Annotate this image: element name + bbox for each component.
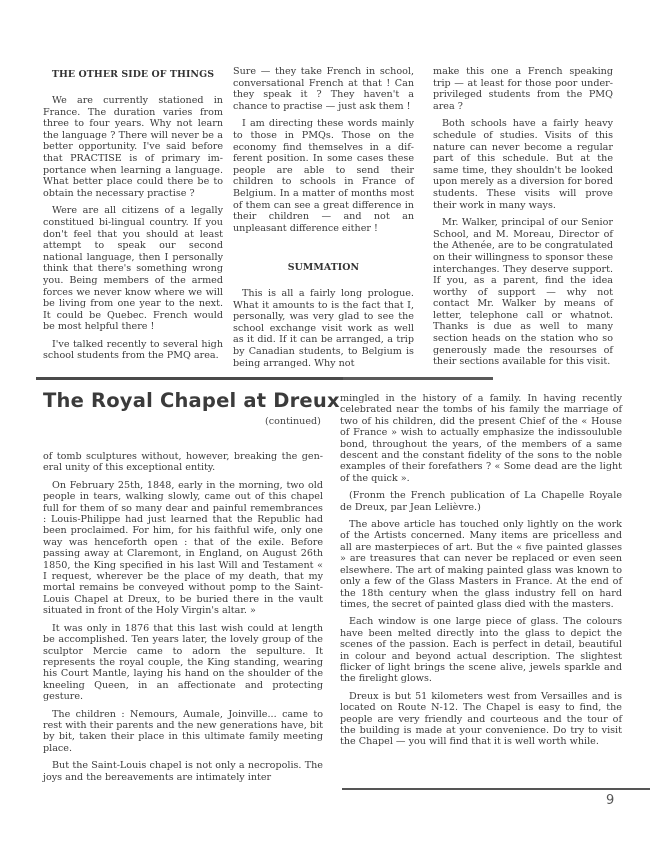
column-other-side-2: Sure — they take French in school, conve… <box>233 66 414 240</box>
article-title: The Royal Chapel at Dreux <box>43 389 340 412</box>
article-column-1: of tomb sculptures without, however, bre… <box>43 451 323 789</box>
paragraph: Dreux is but 51 kilometers west from Ver… <box>340 691 622 748</box>
paragraph: On February 25th, 1848, early in the mor… <box>43 480 323 617</box>
paragraph: But the Saint-Louis chapel is not only a… <box>43 760 323 783</box>
section-heading-summation: SUMMATION <box>233 262 414 273</box>
column-other-side-3: make this one a French speaking trip — a… <box>433 66 613 374</box>
paragraph: Mr. Walker, principal of our Senior Scho… <box>433 217 613 368</box>
paragraph: I've talked recently to several high sch… <box>43 339 223 362</box>
paragraph: It was only in 1876 that this last wish … <box>43 623 323 703</box>
paragraph: Sure — they take French in school, conve… <box>233 66 414 112</box>
column-summation: This is all a fairly long prologue. What… <box>233 288 414 375</box>
paragraph: This is all a fairly long prologue. What… <box>233 288 414 369</box>
paragraph: The children : Nemours, Aumale, Joinvill… <box>43 709 323 755</box>
continued-label: (continued) <box>265 416 321 427</box>
paragraph: I am directing these words mainly to tho… <box>233 118 414 234</box>
paragraph: We are currently stationed in France. Th… <box>43 95 223 199</box>
article-column-2: mingled in the history of a family. In h… <box>340 393 622 754</box>
paragraph: make this one a French speaking trip — a… <box>433 66 613 112</box>
paragraph: The above article has touched only light… <box>340 519 622 610</box>
paragraph: Were are all citizens of a legally cons­… <box>43 205 223 333</box>
paragraph: Each window is one large piece of glass.… <box>340 616 622 684</box>
section-heading-other-side: THE OTHER SIDE OF THINGS <box>43 69 223 80</box>
page-number: 9 <box>606 793 614 808</box>
column-other-side-1: We are currently stationed in France. Th… <box>43 95 223 368</box>
section-divider-rule-right <box>343 377 493 380</box>
paragraph: (Fronm the French publication of La Chap… <box>340 490 622 513</box>
paragraph: mingled in the history of a family. In h… <box>340 393 622 484</box>
paragraph: of tomb sculptures without, however, bre… <box>43 451 323 474</box>
footer-rule <box>342 788 650 790</box>
paragraph: Both schools have a fairly heavy schedul… <box>433 118 613 211</box>
